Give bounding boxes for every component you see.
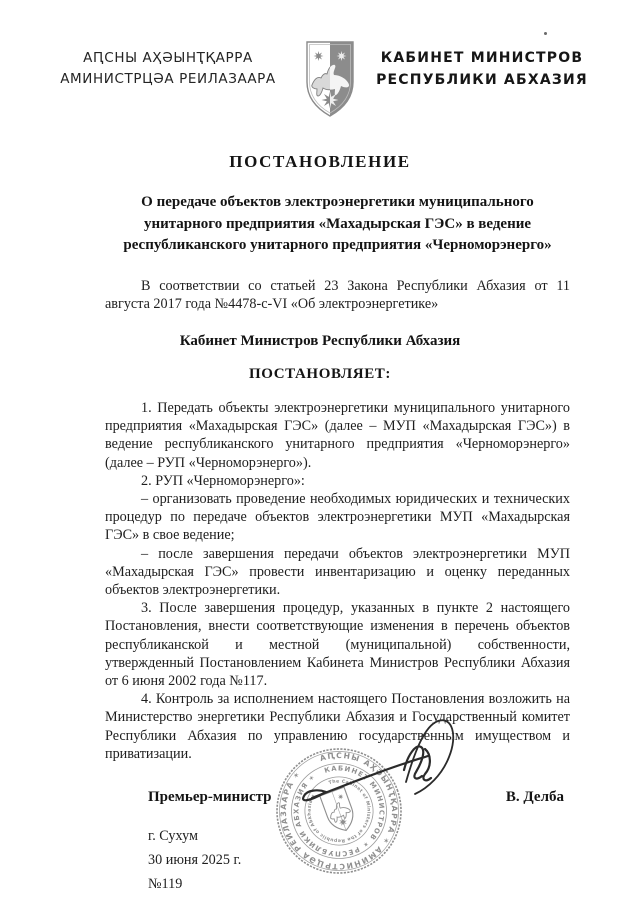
doc-item-4: 4. Контроль за исполнением настоящего По…	[105, 690, 570, 763]
signoff-city: г. Сухум	[148, 824, 640, 848]
emblem-star-left	[314, 51, 324, 61]
scan-artifact-dot	[544, 32, 547, 35]
doc-resolution-word: ПОСТАНОВЛЯЕТ:	[0, 366, 640, 383]
doc-items: 1. Передать объекты электроэнергетики му…	[105, 399, 570, 763]
doc-preamble: В соответствии со статьей 23 Закона Респ…	[105, 277, 570, 313]
doc-item-2-sub-2: – после завершения передачи объектов эле…	[105, 545, 570, 600]
org-name-russian-line1: КАБИНЕТ МИНИСТРОВ	[371, 48, 593, 70]
doc-type-title: ПОСТАНОВЛЕНИЕ	[0, 152, 640, 172]
signoff-number: №119	[148, 872, 640, 896]
signature-row: Премьер-министр В. Делба	[148, 789, 564, 806]
signoff-meta: г. Сухум 30 июня 2025 г. №119	[148, 824, 640, 896]
doc-item-2: 2. РУП «Черноморэнерго»:	[105, 472, 570, 490]
org-name-russian: КАБИНЕТ МИНИСТРОВ РЕСПУБЛИКИ АБХАЗИЯ	[371, 48, 593, 91]
letterhead: АԤСНЫ АҲӘЫНҬҚАРРА АМИНИСТРЦӘА РЕИЛАЗААРА	[0, 0, 640, 118]
emblem-star-right	[337, 51, 347, 61]
doc-subject: О передаче объектов электроэнергетики му…	[105, 192, 570, 257]
signer-post: Премьер-министр	[148, 789, 272, 806]
doc-item-1: 1. Передать объекты электроэнергетики му…	[105, 399, 570, 472]
doc-item-2-sub-1: – организовать проведение необходимых юр…	[105, 490, 570, 545]
org-name-abkhaz-line2: АМИНИСТРЦӘА РЕИЛАЗААРА	[47, 69, 289, 90]
doc-authority: Кабинет Министров Республики Абхазия	[0, 333, 640, 350]
doc-item-3: 3. После завершения процедур, указанных …	[105, 599, 570, 690]
org-name-russian-line2: РЕСПУБЛИКИ АБХАЗИЯ	[371, 70, 593, 92]
org-name-abkhaz-line1: АԤСНЫ АҲӘЫНҬҚАРРА	[47, 48, 289, 69]
signoff-date: 30 июня 2025 г.	[148, 848, 640, 872]
decree-scan-page: АԤСНЫ АҲӘЫНҬҚАРРА АМИНИСТРЦӘА РЕИЛАЗААРА	[0, 0, 640, 905]
org-name-abkhaz: АԤСНЫ АҲӘЫНҬҚАРРА АМИНИСТРЦӘА РЕИЛАЗААРА	[47, 48, 289, 90]
signer-name: В. Делба	[506, 789, 564, 806]
abkhazia-coat-of-arms-icon	[305, 40, 355, 118]
